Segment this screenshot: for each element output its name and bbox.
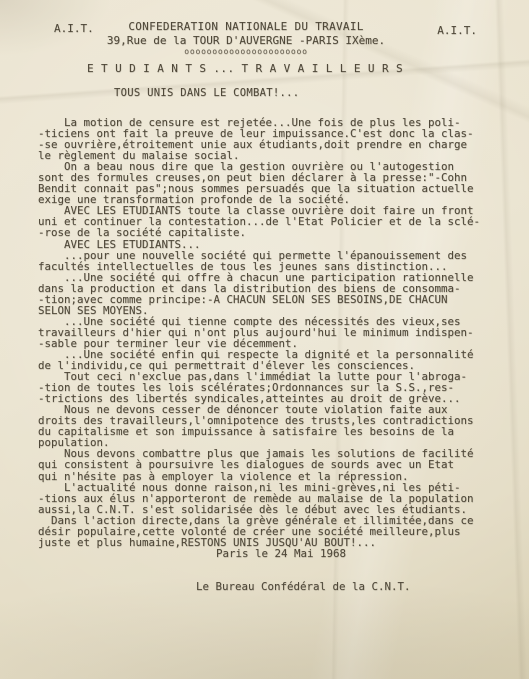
paragraph: Tout ceci n'exclue pas,dans l'immédiat l… [38, 371, 500, 404]
paragraph: AVEC LES ETUDIANTS... [38, 239, 500, 250]
header-center: CONFEDERATION NATIONALE DU TRAVAIL 39,Ru… [0, 20, 492, 56]
signature-line: Le Bureau Confédéral de la C.N.T. [196, 581, 500, 592]
paragraph: ...Une société qui offre à chacun une pa… [38, 272, 500, 316]
body-text: La motion de censure est rejetée...Une f… [38, 117, 500, 592]
paragraph: La motion de censure est rejetée...Une f… [38, 117, 500, 161]
decoration-row: oooooooooooooooooooooo [0, 47, 492, 56]
paragraph: L'actualité nous donne raison,ni les min… [38, 482, 500, 515]
paragraph: AVEC LES ETUDIANTS toute la classe ouvri… [38, 205, 500, 238]
paragraph: ...pour une nouvelle société qui permett… [38, 250, 500, 272]
paragraph: On a beau nous dire que la gestion ouvri… [38, 161, 500, 205]
leaflet-page: A.I.T. A.I.T. CONFEDERATION NATIONALE DU… [0, 0, 529, 679]
paragraph: Nous devons combattre plus que jamais le… [38, 448, 500, 481]
paragraph: ...Une société qui tienne compte des néc… [38, 316, 500, 349]
organization-name: CONFEDERATION NATIONALE DU TRAVAIL [0, 20, 492, 33]
paragraph: Nous ne devons cesser de dénoncer toute … [38, 404, 500, 448]
address-line: 39,Rue de la TOUR D'AUVERGNE -PARIS IXèm… [0, 34, 492, 47]
dateline: Paris le 24 Mai 1968 [216, 548, 500, 559]
page-title: E T U D I A N T S ... T R A V A I L L E … [87, 62, 403, 75]
page-subtitle: TOUS UNIS DANS LE COMBAT!... [114, 87, 299, 99]
paragraph: Dans l'action directe,dans la grève géné… [38, 515, 500, 548]
paragraph: ...Une société enfin qui respecte la dig… [38, 349, 500, 371]
